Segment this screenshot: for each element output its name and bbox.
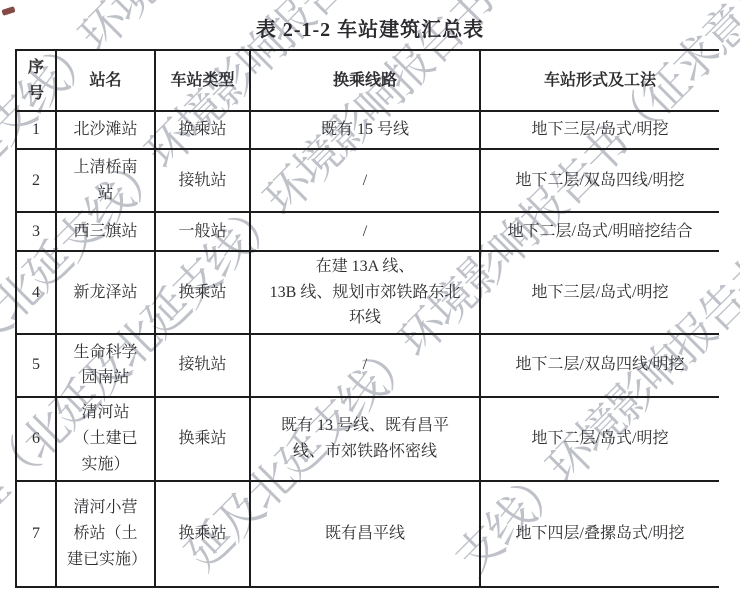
cell-form: 地下三层/岛式/明挖 (480, 111, 719, 149)
column-header-form: 车站形式及工法 (480, 50, 719, 111)
cell-type: 换乘站 (155, 481, 250, 587)
column-header-type: 车站类型 (155, 50, 250, 111)
station-summary-table-wrapper: 序号 站名 车站类型 换乘线路 车站形式及工法 1北沙滩站换乘站既有 15 号线… (15, 49, 719, 588)
station-summary-table: 序号 站名 车站类型 换乘线路 车站形式及工法 1北沙滩站换乘站既有 15 号线… (15, 49, 719, 588)
table-title: 表 2-1-2 车站建筑汇总表 (0, 13, 740, 42)
table-row: 5生命科学园南站接轨站/地下二层/双岛四线/明挖 (16, 334, 719, 397)
cell-form: 地下二层/岛式/明暗挖结合 (480, 212, 719, 251)
cell-type: 接轨站 (155, 149, 250, 212)
cell-name: 清河小营桥站（土建已实施） (56, 481, 155, 587)
cell-form: 地下三层/岛式/明挖 (480, 251, 719, 334)
cell-form: 地下二层/双岛四线/明挖 (480, 334, 719, 397)
cell-no: 6 (16, 397, 56, 481)
cell-no: 1 (16, 111, 56, 149)
cell-transfer: 既有 13 号线、既有昌平 线、市郊铁路怀密线 (250, 397, 480, 481)
cell-form: 地下二层/岛式/明挖 (480, 397, 719, 481)
cell-transfer: 既有 15 号线 (250, 111, 480, 149)
column-header-transfer: 换乘线路 (250, 50, 480, 111)
cell-name: 北沙滩站 (56, 111, 155, 149)
cell-form: 地下二层/双岛四线/明挖 (480, 149, 719, 212)
cell-transfer: / (250, 334, 480, 397)
cell-no: 4 (16, 251, 56, 334)
table-row: 3西三旗站一般站/地下二层/岛式/明暗挖结合 (16, 212, 719, 251)
cell-no: 3 (16, 212, 56, 251)
cell-no: 2 (16, 149, 56, 212)
cell-name: 新龙泽站 (56, 251, 155, 334)
cell-transfer: / (250, 149, 480, 212)
cell-type: 换乘站 (155, 251, 250, 334)
cell-name: 清河站（土建已实施） (56, 397, 155, 481)
cell-type: 接轨站 (155, 334, 250, 397)
cell-type: 换乘站 (155, 111, 250, 149)
table-row: 1北沙滩站换乘站既有 15 号线地下三层/岛式/明挖 (16, 111, 719, 149)
cell-name: 上清桥南站 (56, 149, 155, 212)
table-row: 4新龙泽站换乘站在建 13A 线、 13B 线、规划市郊铁路东北 环线地下三层/… (16, 251, 719, 334)
table-row: 7清河小营桥站（土建已实施）换乘站既有昌平线地下四层/叠摞岛式/明挖 (16, 481, 719, 587)
cell-type: 换乘站 (155, 397, 250, 481)
header-row: 序号 站名 车站类型 换乘线路 车站形式及工法 (16, 50, 719, 111)
cell-transfer: 既有昌平线 (250, 481, 480, 587)
cell-form: 地下四层/叠摞岛式/明挖 (480, 481, 719, 587)
cell-no: 7 (16, 481, 56, 587)
cell-name: 生命科学园南站 (56, 334, 155, 397)
table-row: 6清河站（土建已实施）换乘站既有 13 号线、既有昌平 线、市郊铁路怀密线地下二… (16, 397, 719, 481)
table-row: 2上清桥南站接轨站/地下二层/双岛四线/明挖 (16, 149, 719, 212)
cell-transfer: / (250, 212, 480, 251)
cell-no: 5 (16, 334, 56, 397)
cell-transfer: 在建 13A 线、 13B 线、规划市郊铁路东北 环线 (250, 251, 480, 334)
cell-type: 一般站 (155, 212, 250, 251)
cell-name: 西三旗站 (56, 212, 155, 251)
column-header-name: 站名 (56, 50, 155, 111)
column-header-no: 序号 (16, 50, 56, 111)
